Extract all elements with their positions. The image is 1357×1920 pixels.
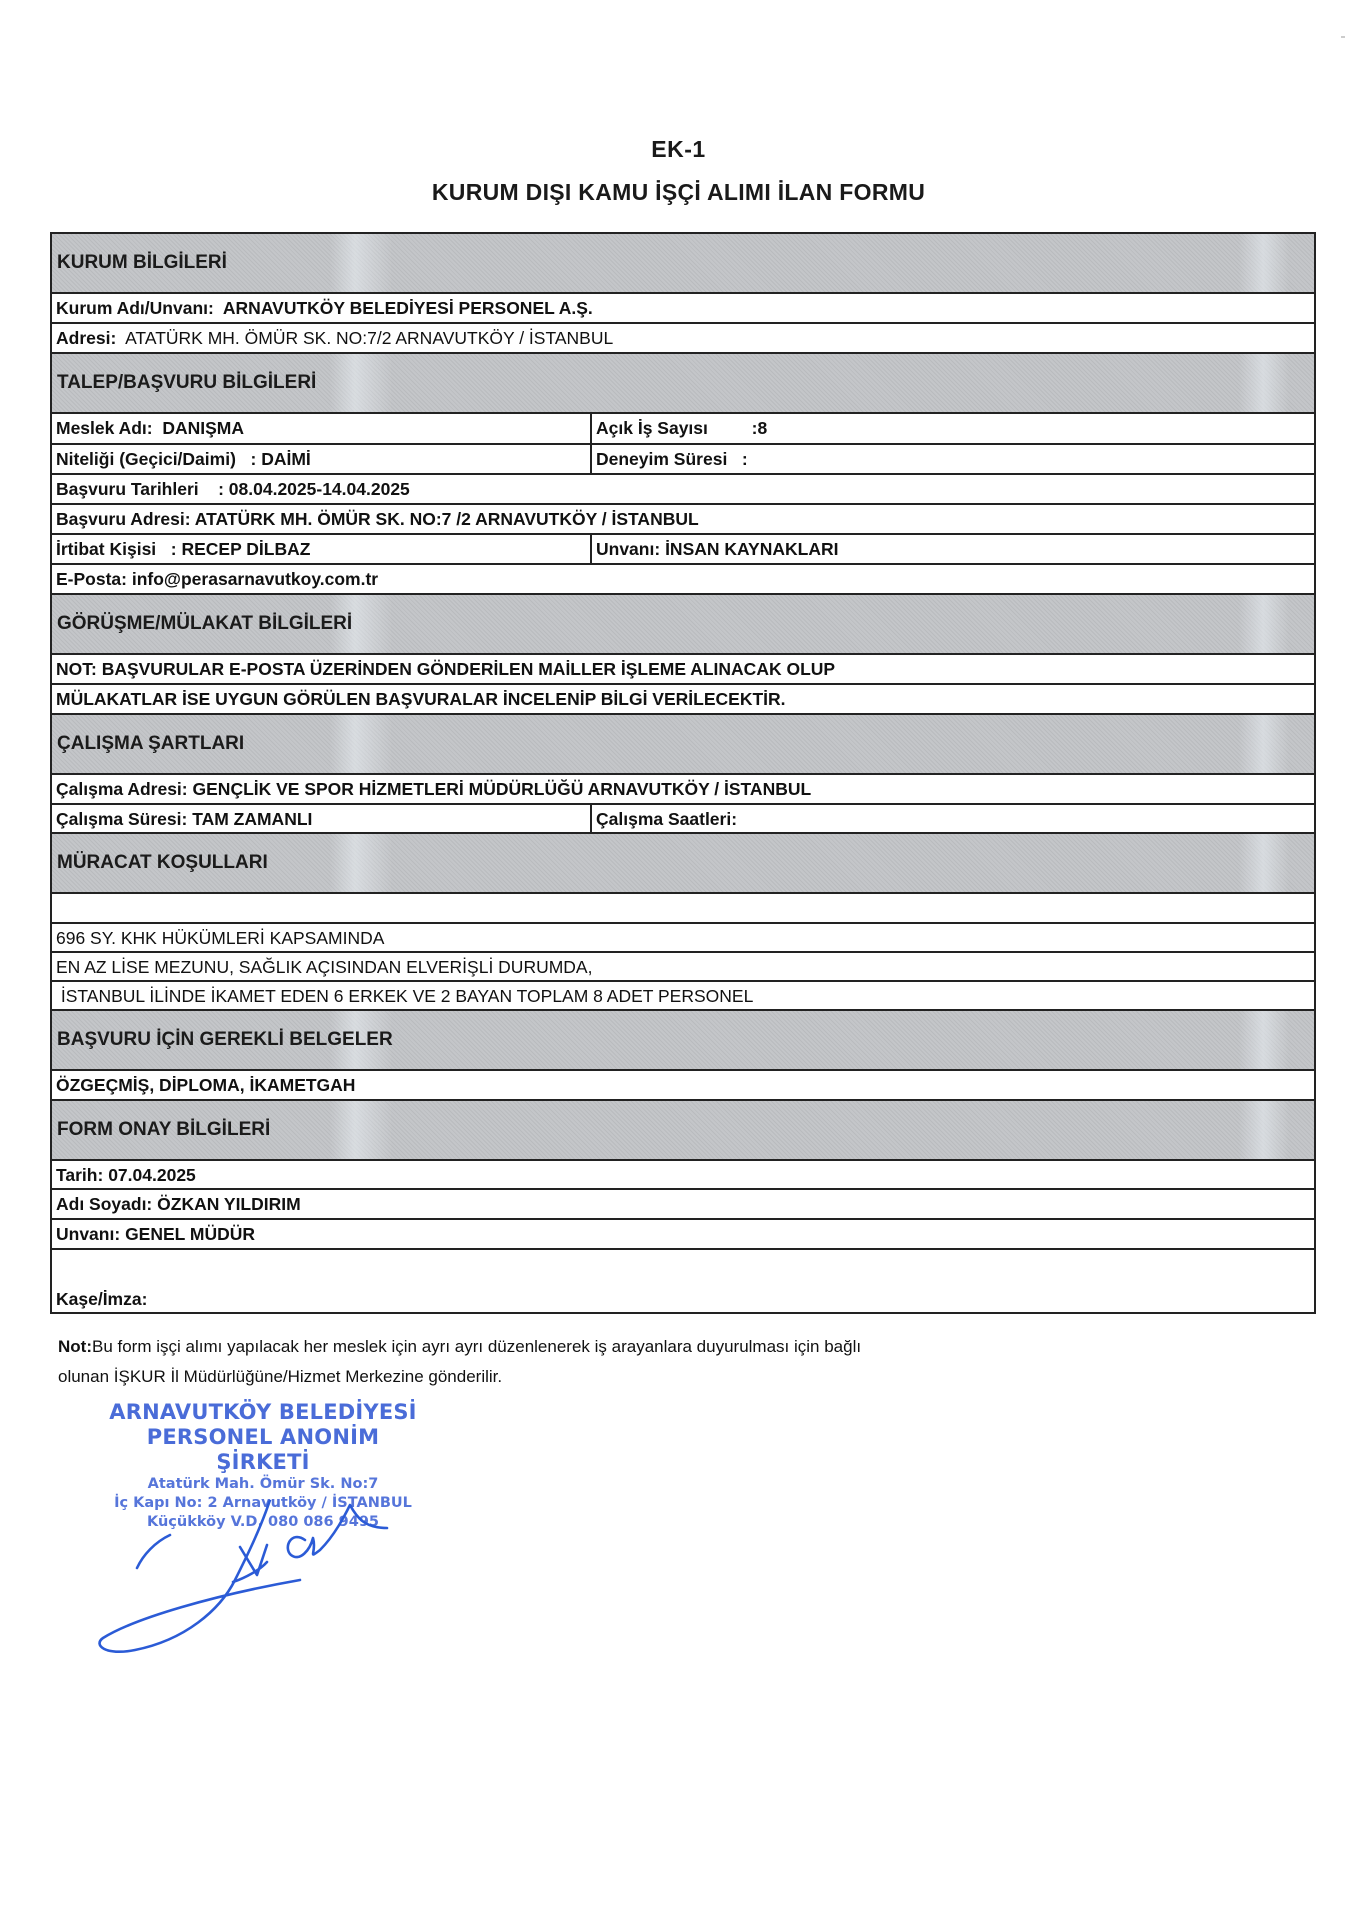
field-row-approver-name: Adı Soyadı: ÖZKAN YILDIRIM — [52, 1190, 1314, 1220]
approver-title-value: GENEL MÜDÜR — [125, 1224, 255, 1244]
stamp-signature-label: Kaşe/İmza: — [52, 1286, 1314, 1312]
field-label: Unvanı: — [56, 1224, 120, 1244]
section-header-calisma: ÇALIŞMA ŞARTLARI — [52, 715, 1314, 775]
section-header-gorusme: GÖRÜŞME/MÜLAKAT BİLGİLERİ — [52, 595, 1314, 655]
section-header-muracat: MÜRACAT KOŞULLARI — [52, 834, 1314, 894]
field-row-email: E-Posta: info@perasarnavutkoy.com.tr — [52, 565, 1314, 595]
field-label: Kurum Adı/Unvanı: — [56, 298, 214, 318]
condition-line: 696 SY. KHK HÜKÜMLERİ KAPSAMINDA — [52, 924, 1314, 953]
field-label: Tarih: — [56, 1165, 103, 1185]
approval-date-value: 07.04.2025 — [108, 1165, 196, 1185]
annex-label: EK-1 — [0, 136, 1357, 163]
field-label: E-Posta: — [56, 569, 127, 589]
occupation-value: DANIŞMA — [162, 418, 244, 438]
signature-icon — [95, 1500, 425, 1670]
interview-note-line: MÜLAKATLAR İSE UYGUN GÖRÜLEN BAŞVURALAR … — [52, 685, 1314, 715]
experience-value: : — [742, 449, 748, 469]
field-row-institution-address: Adresi: ATATÜRK MH. ÖMÜR SK. NO:7/2 ARNA… — [52, 324, 1314, 354]
contact-person-value: : RECEP DİLBAZ — [171, 539, 311, 559]
institution-name-value: ARNAVUTKÖY BELEDİYESİ PERSONEL A.Ş. — [223, 298, 593, 318]
field-row-contact: İrtibat Kişisi : RECEP DİLBAZ Unvanı: İN… — [52, 535, 1314, 565]
section-title: TALEP/BAŞVURU BİLGİLERİ — [57, 372, 316, 394]
condition-line: EN AZ LİSE MEZUNU, SAĞLIK AÇISINDAN ELVE… — [52, 953, 1314, 982]
required-documents-row: ÖZGEÇMİŞ, DİPLOMA, İKAMETGAH — [52, 1071, 1314, 1101]
work-address-value: GENÇLİK VE SPOR HİZMETLERİ MÜDÜRLÜĞÜ ARN… — [193, 779, 812, 799]
footer-note-label: Not: — [58, 1337, 92, 1356]
field-row-application-dates: Başvuru Tarihleri : 08.04.2025-14.04.202… — [52, 475, 1314, 505]
document-header: EK-1 KURUM DIŞI KAMU İŞÇİ ALIMI İLAN FOR… — [0, 136, 1357, 206]
interview-note-line: NOT: BAŞVURULAR E-POSTA ÜZERİNDEN GÖNDER… — [52, 655, 1314, 685]
section-header-talep: TALEP/BAŞVURU BİLGİLERİ — [52, 354, 1314, 414]
footer-note-text-2: olunan İŞKUR İl Müdürlüğüne/Hizmet Merke… — [58, 1362, 1298, 1392]
open-jobs-value: :8 — [752, 418, 768, 438]
stamp-line: PERSONEL ANONİM ŞİRKETİ — [98, 1425, 428, 1475]
required-documents-value: ÖZGEÇMİŞ, DİPLOMA, İKAMETGAH — [52, 1071, 1314, 1099]
field-label: İrtibat Kişisi — [56, 539, 156, 559]
page-title: KURUM DIŞI KAMU İŞÇİ ALIMI İLAN FORMU — [0, 179, 1357, 206]
stamp-line: ARNAVUTKÖY BELEDİYESİ — [98, 1400, 428, 1425]
condition-line: İSTANBUL İLİNDE İKAMET EDEN 6 ERKEK VE 2… — [52, 982, 1314, 1011]
field-label: Adı Soyadı: — [56, 1194, 152, 1214]
field-label: Deneyim Süresi — [596, 449, 727, 469]
field-row-approval-date: Tarih: 07.04.2025 — [52, 1161, 1314, 1190]
field-row-nature: Niteliği (Geçici/Daimi) : DAİMİ Deneyim … — [52, 445, 1314, 475]
field-row-application-address: Başvuru Adresi: ATATÜRK MH. ÖMÜR SK. NO:… — [52, 505, 1314, 535]
field-label: Çalışma Saatleri: — [596, 809, 737, 829]
field-row-work-duration: Çalışma Süresi: TAM ZAMANLI Çalışma Saat… — [52, 805, 1314, 834]
stamp-line: Atatürk Mah. Ömür Sk. No:7 — [98, 1475, 428, 1494]
field-row-stamp-signature: Kaşe/İmza: — [52, 1250, 1314, 1312]
contact-title-value: İNSAN KAYNAKLARI — [665, 539, 838, 559]
job-posting-form: KURUM BİLGİLERİ Kurum Adı/Unvanı: ARNAVU… — [50, 232, 1316, 1314]
work-duration-value: TAM ZAMANLI — [192, 809, 312, 829]
section-title: GÖRÜŞME/MÜLAKAT BİLGİLERİ — [57, 613, 352, 635]
field-label: Adresi: — [56, 328, 116, 348]
field-label: Meslek Adı: — [56, 418, 153, 438]
section-title: MÜRACAT KOŞULLARI — [57, 852, 268, 874]
footer-note: Not:Bu form işçi alımı yapılacak her mes… — [58, 1332, 1298, 1392]
section-title: FORM ONAY BİLGİLERİ — [57, 1119, 270, 1141]
field-row-approver-title: Unvanı: GENEL MÜDÜR — [52, 1220, 1314, 1250]
institution-address-value: ATATÜRK MH. ÖMÜR SK. NO:7/2 ARNAVUTKÖY /… — [125, 328, 613, 348]
section-title: KURUM BİLGİLERİ — [57, 252, 227, 274]
blank-row — [52, 894, 1314, 924]
field-label: Başvuru Adresi: — [56, 509, 191, 529]
field-row-occupation: Meslek Adı: DANIŞMA Açık İş Sayısı :8 — [52, 414, 1314, 445]
section-header-belgeler: BAŞVURU İÇİN GEREKLİ BELGELER — [52, 1011, 1314, 1071]
application-dates-value: : 08.04.2025-14.04.2025 — [218, 479, 410, 499]
field-label: Açık İş Sayısı — [596, 418, 708, 438]
field-label: Çalışma Adresi: — [56, 779, 188, 799]
section-header-onay: FORM ONAY BİLGİLERİ — [52, 1101, 1314, 1161]
nature-value: : DAİMİ — [251, 449, 311, 469]
section-header-kurum: KURUM BİLGİLERİ — [52, 234, 1314, 294]
field-row-institution-name: Kurum Adı/Unvanı: ARNAVUTKÖY BELEDİYESİ … — [52, 294, 1314, 324]
field-label: Niteliği (Geçici/Daimi) — [56, 449, 236, 469]
field-label: Çalışma Süresi: — [56, 809, 187, 829]
field-row-work-address: Çalışma Adresi: GENÇLİK VE SPOR HİZMETLE… — [52, 775, 1314, 805]
section-title: BAŞVURU İÇİN GEREKLİ BELGELER — [57, 1029, 393, 1051]
application-address-value: ATATÜRK MH. ÖMÜR SK. NO:7 /2 ARNAVUTKÖY … — [195, 509, 699, 529]
field-label: Unvanı: — [596, 539, 660, 559]
email-value[interactable]: info@perasarnavutkoy.com.tr — [132, 569, 378, 589]
scan-artifact — [1341, 36, 1345, 38]
section-title: ÇALIŞMA ŞARTLARI — [57, 733, 244, 755]
field-label: Başvuru Tarihleri — [56, 479, 199, 499]
footer-note-text: Bu form işçi alımı yapılacak her meslek … — [92, 1337, 861, 1356]
approver-name-value: ÖZKAN YILDIRIM — [157, 1194, 301, 1214]
